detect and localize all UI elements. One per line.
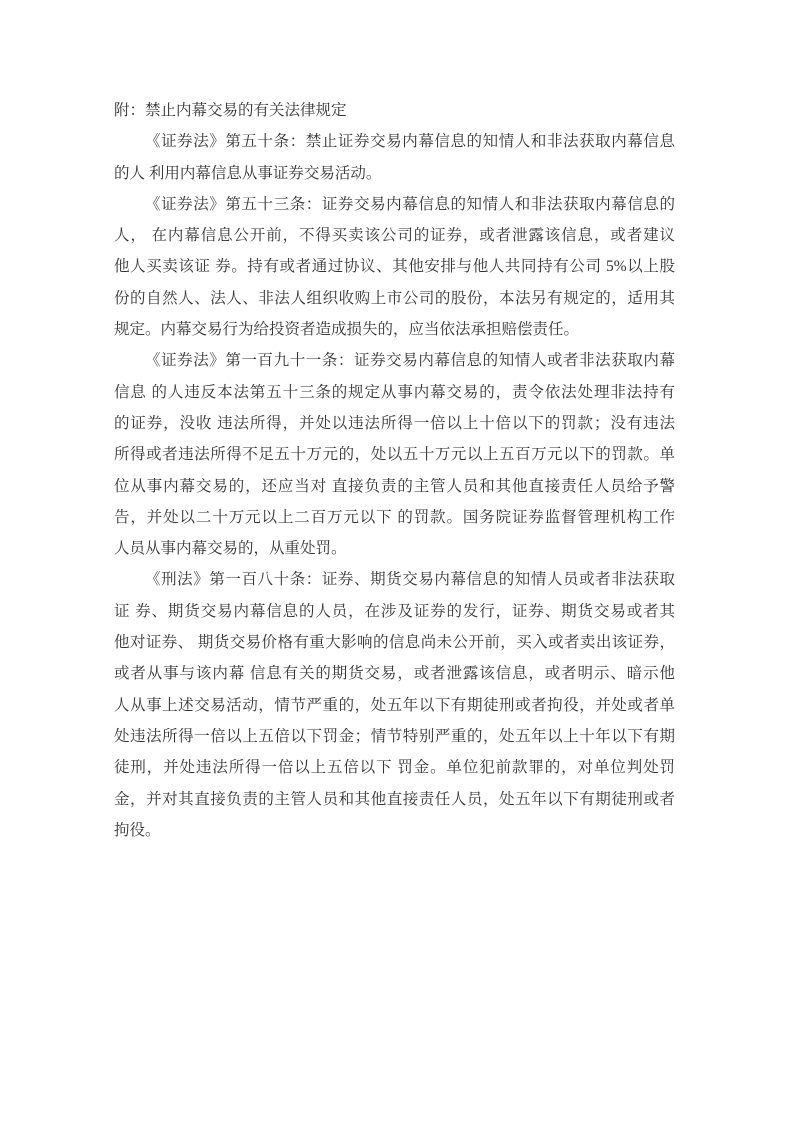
paragraph-securities-law-article-53: 《证券法》第五十三条：证券交易内幕信息的知情人和非法获取内幕信息的人， 在内幕信… — [114, 189, 675, 345]
document-page: 附：禁止内幕交易的有关法律规定 《证券法》第五十条：禁止证券交易内幕信息的知情人… — [0, 0, 793, 1122]
paragraph-securities-law-article-191: 《证券法》第一百九十一条：证券交易内幕信息的知情人或者非法获取内幕信息 的人违反… — [114, 345, 675, 564]
text-line: 规定。内幕交易行为给投资者造成损失的，应当依法承担赔偿责任。 — [114, 314, 675, 345]
text-line: 人员从事内幕交易的，从重处罚。 — [114, 533, 675, 564]
text-line: 的人 利用内幕信息从事证券交易活动。 — [114, 158, 675, 189]
text-line: 金，并对其直接负责的主管人员和其他直接责任人员，处五年以下有期徒刑或者 — [114, 784, 675, 815]
text-line: 人， 在内幕信息公开前，不得买卖该公司的证券，或者泄露该信息，或者建议 — [114, 220, 675, 251]
text-line: 徒刑，并处违法所得一倍以上五倍以下 罚金。单位犯前款罪的，对单位判处罚 — [114, 752, 675, 783]
text-line: 《证券法》第一百九十一条：证券交易内幕信息的知情人或者非法获取内幕 — [114, 345, 675, 376]
text-line: 证 券、期货交易内幕信息的人员，在涉及证券的发行，证券、期货交易或者其 — [114, 596, 675, 627]
text-line: 所得或者违法所得不足五十万元的，处以五十万元以上五百万元以下的罚款。单 — [114, 439, 675, 470]
paragraph-criminal-law-article-180: 《刑法》第一百八十条：证券、期货交易内幕信息的知情人员或者非法获取证 券、期货交… — [114, 564, 675, 846]
text-line: 信息 的人违反本法第五十三条的规定从事内幕交易的，责令依法处理非法持有 — [114, 377, 675, 408]
text-line: 人从事上述交易活动，情节严重的，处五年以下有期徒刑或者拘役，并处或者单 — [114, 690, 675, 721]
paragraph-securities-law-article-50: 《证券法》第五十条：禁止证券交易内幕信息的知情人和非法获取内幕信息的人 利用内幕… — [114, 126, 675, 189]
text-line: 处违法所得一倍以上五倍以下罚金；情节特别严重的，处五年以上十年以下有期 — [114, 721, 675, 752]
text-line: 《证券法》第五十三条：证券交易内幕信息的知情人和非法获取内幕信息的 — [114, 189, 675, 220]
attachment-title: 附：禁止内幕交易的有关法律规定 — [114, 95, 675, 126]
document-text-block: 附：禁止内幕交易的有关法律规定 《证券法》第五十条：禁止证券交易内幕信息的知情人… — [114, 95, 675, 846]
text-line: 的证券，没收 违法所得，并处以违法所得一倍以上十倍以下的罚款；没有违法 — [114, 408, 675, 439]
text-line: 告，并处以二十万元以上二百万元以下 的罚款。国务院证券监督管理机构工作 — [114, 502, 675, 533]
text-line: 《证券法》第五十条：禁止证券交易内幕信息的知情人和非法获取内幕信息 — [114, 126, 675, 157]
text-line: 他人买卖该证 券。持有或者通过协议、其他安排与他人共同持有公司 5%以上股 — [114, 251, 675, 282]
text-line: 位从事内幕交易的，还应当对 直接负责的主管人员和其他直接责任人员给予警 — [114, 471, 675, 502]
text-line: 份的自然人、法人、非法人组织收购上市公司的股份，本法另有规定的，适用其 — [114, 283, 675, 314]
text-line: 拘役。 — [114, 815, 675, 846]
text-line: 他对证券、 期货交易价格有重大影响的信息尚未公开前，买入或者卖出该证券， — [114, 627, 675, 658]
text-line: 或者从事与该内幕 信息有关的期货交易，或者泄露该信息，或者明示、暗示他 — [114, 658, 675, 689]
text-line: 《刑法》第一百八十条：证券、期货交易内幕信息的知情人员或者非法获取 — [114, 564, 675, 595]
legal-provisions: 《证券法》第五十条：禁止证券交易内幕信息的知情人和非法获取内幕信息的人 利用内幕… — [114, 126, 675, 846]
